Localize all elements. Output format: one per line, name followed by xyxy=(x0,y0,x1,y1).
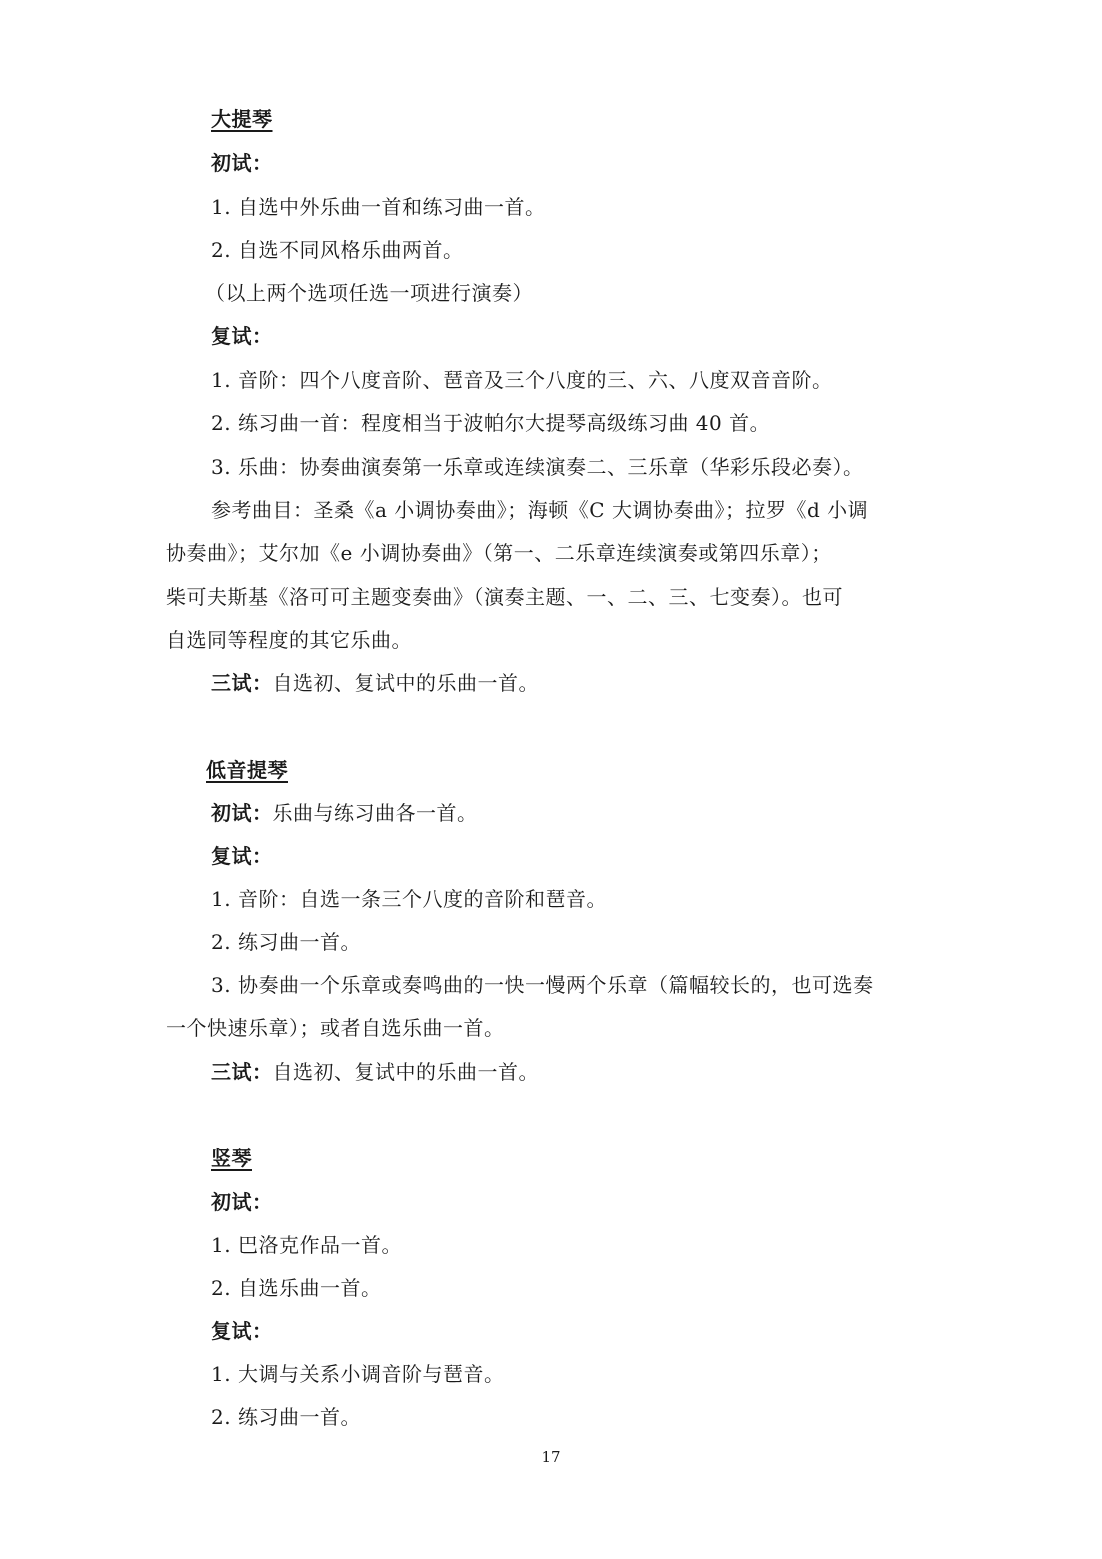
third-text: 自选初、复试中的乐曲一首。 xyxy=(273,1060,540,1084)
third-round: 三试：自选初、复试中的乐曲一首。 xyxy=(211,1059,539,1085)
third-label: 三试： xyxy=(211,1060,273,1084)
prelim-label: 初试： xyxy=(211,1189,273,1215)
list-item-cont: 一个快速乐章）；或者自选乐曲一首。 xyxy=(166,1015,505,1041)
list-item: 1. 巴洛克作品一首。 xyxy=(211,1232,402,1258)
prelim-label: 初试： xyxy=(211,801,273,825)
page-number: 17 xyxy=(0,1448,1102,1466)
list-item: 1. 自选中外乐曲一首和练习曲一首。 xyxy=(211,194,545,220)
reference-line: 自选同等程度的其它乐曲。 xyxy=(166,627,412,653)
reference-line: 参考曲目：圣桑《a 小调协奏曲》；海顿《C 大调协奏曲》；拉罗《d 小调 xyxy=(211,497,868,523)
list-item: 1. 音阶：自选一条三个八度的音阶和琶音。 xyxy=(211,886,607,912)
second-label: 复试： xyxy=(211,1318,273,1344)
section-title-double-bass: 低音提琴 xyxy=(206,757,288,783)
list-item: 2. 练习曲一首：程度相当于波帕尔大提琴高级练习曲 40 首。 xyxy=(211,410,770,436)
third-label: 三试： xyxy=(211,671,273,695)
reference-line: 柴可夫斯基《洛可可主题变奏曲》（演奏主题、一、二、三、七变奏）。也可 xyxy=(166,584,843,610)
third-text: 自选初、复试中的乐曲一首。 xyxy=(273,671,540,695)
section-title-harp: 竖琴 xyxy=(211,1145,252,1171)
second-label: 复试： xyxy=(211,323,273,349)
list-item: 1. 大调与关系小调音阶与琶音。 xyxy=(211,1361,504,1387)
list-item: 2. 自选乐曲一首。 xyxy=(211,1275,381,1301)
prelim-round: 初试：乐曲与练习曲各一首。 xyxy=(211,800,478,826)
prelim-text: 乐曲与练习曲各一首。 xyxy=(273,801,478,825)
note: （以上两个选项任选一项进行演奏） xyxy=(205,280,533,306)
list-item: 3. 乐曲：协奏曲演奏第一乐章或连续演奏二、三乐章（华彩乐段必奏）。 xyxy=(211,454,863,480)
list-item: 2. 练习曲一首。 xyxy=(211,1404,361,1430)
list-item: 2. 练习曲一首。 xyxy=(211,929,361,955)
list-item: 3. 协奏曲一个乐章或奏鸣曲的一快一慢两个乐章（篇幅较长的，也可选奏 xyxy=(211,972,873,998)
prelim-label: 初试： xyxy=(211,150,273,176)
second-label: 复试： xyxy=(211,843,273,869)
list-item: 2. 自选不同风格乐曲两首。 xyxy=(211,237,463,263)
third-round: 三试：自选初、复试中的乐曲一首。 xyxy=(211,670,539,696)
reference-line: 协奏曲》；艾尔加《e 小调协奏曲》（第一、二乐章连续演奏或第四乐章）； xyxy=(166,540,832,566)
section-title-cello: 大提琴 xyxy=(211,106,273,132)
list-item: 1. 音阶：四个八度音阶、琶音及三个八度的三、六、八度双音音阶。 xyxy=(211,367,832,393)
